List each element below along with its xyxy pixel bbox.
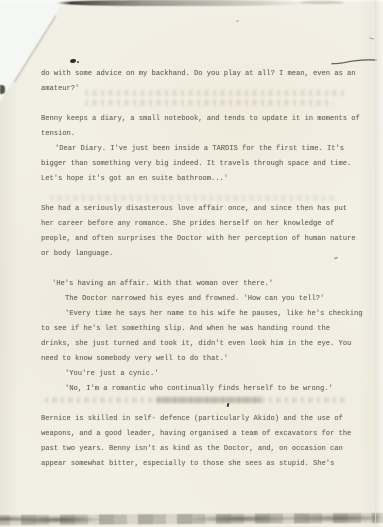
- typewritten-line: people, and often surprises the Doctor w…: [41, 232, 371, 247]
- typewritten-line: or body language.: [41, 247, 371, 262]
- ink-blot-mark: [70, 59, 76, 63]
- scan-edge-notch: [0, 85, 5, 94]
- typewritten-line: 'He's having an affair. With that woman …: [41, 277, 371, 292]
- ink-speck: [236, 20, 239, 22]
- typewritten-line: past two years. Benny isn't as kind as t…: [41, 442, 371, 457]
- typewritten-line: 'Dear Diary. I've just been inside a TAR…: [41, 142, 371, 157]
- typewritten-line: to see if he's let something slip. And w…: [41, 322, 371, 337]
- typewritten-line: her career before any romance. She pride…: [41, 217, 371, 232]
- typewritten-line: 'You're just a cynic.': [41, 367, 371, 382]
- scan-bottom-edge-band: [0, 513, 383, 525]
- photocopy-smudge-top: [56, 0, 306, 6]
- typewritten-line: bigger than something very big indeed. I…: [41, 157, 371, 172]
- typescript-body: do with some advice on my backhand. Do y…: [41, 67, 371, 472]
- typewritten-line: weapons, and a good leader, having organ…: [41, 427, 371, 442]
- typewritten-line: The Doctor narrowed his eyes and frowned…: [41, 292, 371, 307]
- scanned-typescript-page: do with some advice on my backhand. Do y…: [0, 0, 383, 527]
- typewritten-line: 'Every time he says her name to his wife…: [41, 307, 371, 322]
- typewritten-line: need to know somebody very well to do th…: [41, 352, 371, 367]
- typewritten-line: drinks, she just turned and took it, did…: [41, 337, 371, 352]
- photocopy-smudge-top-right: [300, 1, 344, 4]
- blank-line: [41, 262, 371, 277]
- scan-right-edge: [375, 0, 383, 527]
- blank-line: [41, 187, 371, 202]
- blank-line: [41, 97, 371, 112]
- typewritten-line: 'No, I'm a romantic who continually find…: [41, 382, 371, 397]
- typewritten-line: Bernice is skilled in self- defence (par…: [41, 412, 371, 427]
- typewritten-line: do with some advice on my backhand. Do y…: [41, 67, 371, 82]
- typewritten-line: Benny keeps a diary, a small notebook, a…: [41, 112, 371, 127]
- typewritten-line: She had a seriously disasterous love aff…: [41, 202, 371, 217]
- typewritten-line: Let's hope it's got an en suite bathroom…: [41, 172, 371, 187]
- typewritten-line: amateur?': [41, 82, 371, 97]
- handwritten-pencil-dash: [330, 54, 380, 66]
- typewritten-line: tension.: [41, 127, 371, 142]
- typewritten-line: appear somewhat bitter, especially to th…: [41, 457, 371, 472]
- pencil-tick-mark: [369, 37, 374, 40]
- blank-line: [41, 397, 371, 412]
